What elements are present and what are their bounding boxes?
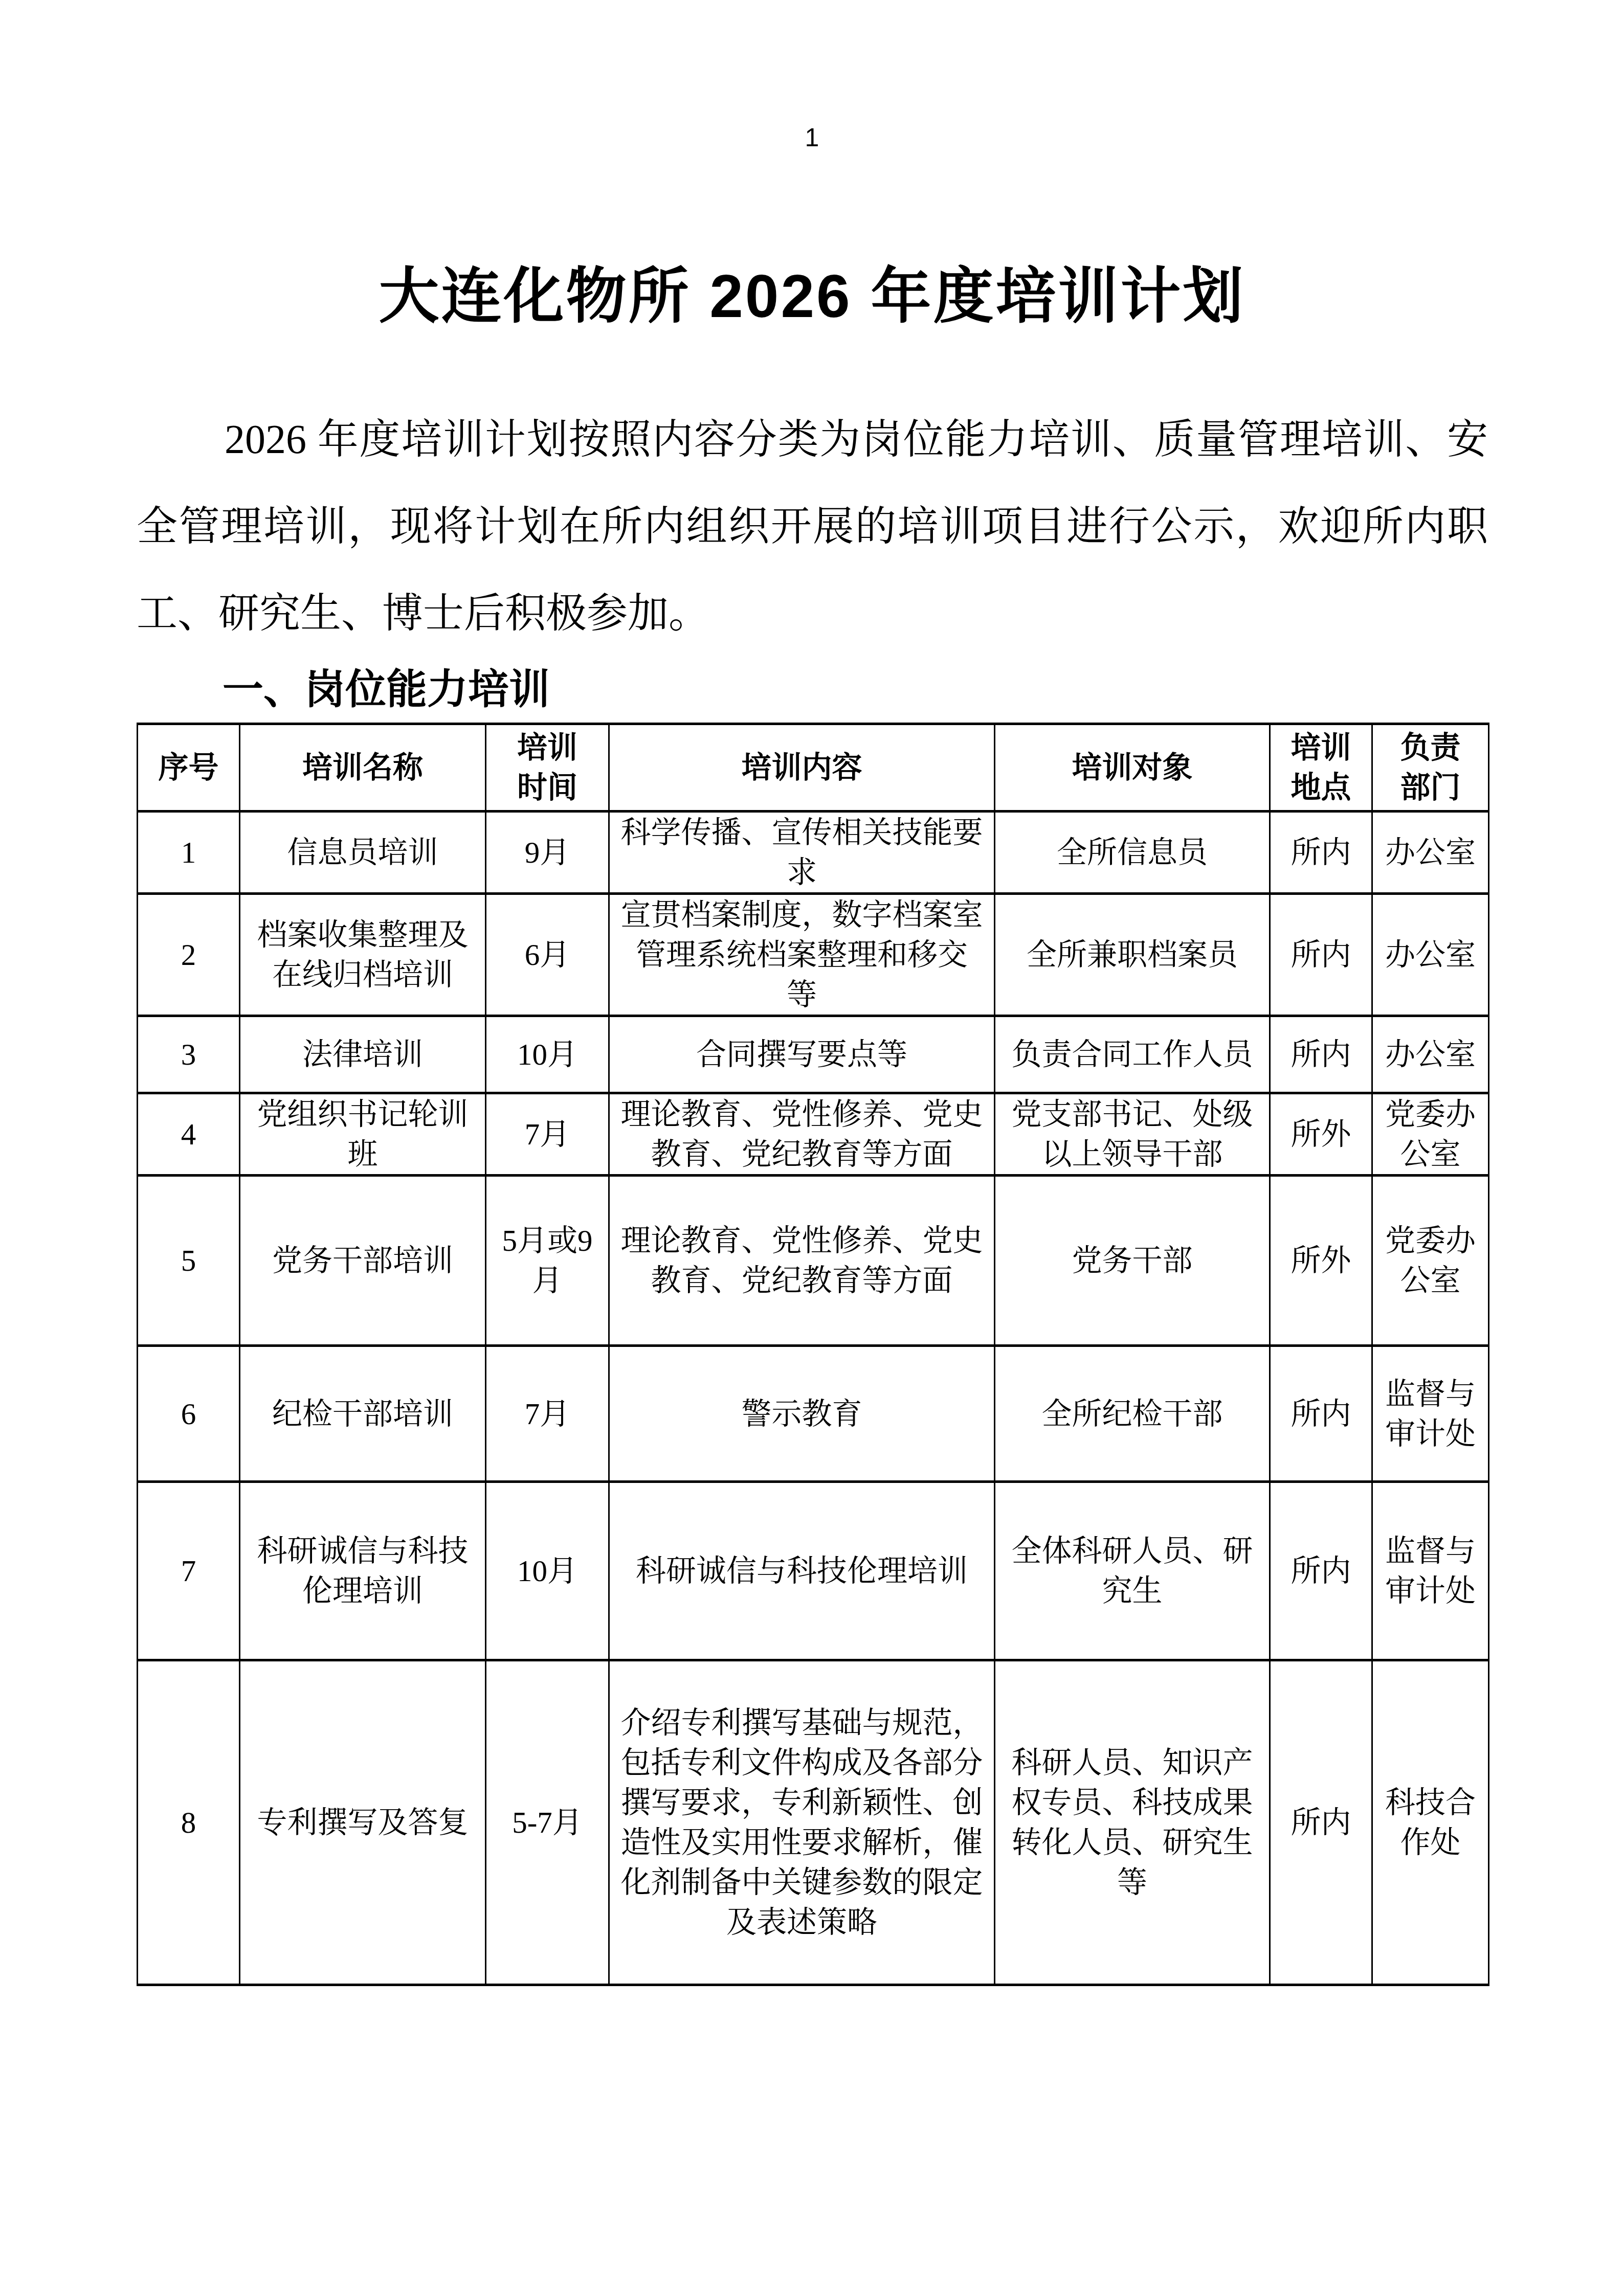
cell-no: 1 bbox=[138, 812, 240, 894]
cell-content: 宣贯档案制度，数字档案室 管理系统档案整理和移交 等 bbox=[609, 894, 995, 1016]
cell-target: 党务干部 bbox=[995, 1176, 1270, 1346]
cell-content: 合同撰写要点等 bbox=[609, 1016, 995, 1093]
intro-line-1: 2026 年度培训计划按照内容分类为岗位能力培训、质量管理培训、安 bbox=[137, 396, 1488, 483]
training-plan-table: 序号 培训名称 培训 时间 培训内容 培训对象 培训 地点 负责 部门 1 信息… bbox=[137, 723, 1489, 1986]
cell-time: 6月 bbox=[486, 894, 609, 1016]
cell-location: 所内 bbox=[1270, 1016, 1372, 1093]
cell-time: 7月 bbox=[486, 1093, 609, 1176]
cell-dept: 监督与 审计处 bbox=[1372, 1482, 1489, 1660]
cell-name: 档案收集整理及 在线归档培训 bbox=[240, 894, 486, 1016]
cell-time: 10月 bbox=[486, 1482, 609, 1660]
cell-location: 所外 bbox=[1270, 1176, 1372, 1346]
cell-name: 科研诚信与科技 伦理培训 bbox=[240, 1482, 486, 1660]
cell-target: 党支部书记、处级 以上领导干部 bbox=[995, 1093, 1270, 1176]
header-name: 培训名称 bbox=[240, 724, 486, 812]
cell-target: 负责合同工作人员 bbox=[995, 1016, 1270, 1093]
cell-no: 5 bbox=[138, 1176, 240, 1346]
table-row: 6 纪检干部培训 7月 警示教育 全所纪检干部 所内 监督与 审计处 bbox=[138, 1346, 1489, 1482]
cell-no: 3 bbox=[138, 1016, 240, 1093]
header-no: 序号 bbox=[138, 724, 240, 812]
intro-line-2: 全管理培训，现将计划在所内组织开展的培训项目进行公示，欢迎所内职 bbox=[137, 483, 1488, 570]
table-row: 5 党务干部培训 5月或9 月 理论教育、党性修养、党史 教育、党纪教育等方面 … bbox=[138, 1176, 1489, 1346]
header-location: 培训 地点 bbox=[1270, 724, 1372, 812]
header-time: 培训 时间 bbox=[486, 724, 609, 812]
cell-no: 8 bbox=[138, 1660, 240, 1985]
cell-name: 纪检干部培训 bbox=[240, 1346, 486, 1482]
cell-name: 专利撰写及答复 bbox=[240, 1660, 486, 1985]
cell-dept: 党委办 公室 bbox=[1372, 1093, 1489, 1176]
header-dept: 负责 部门 bbox=[1372, 724, 1489, 812]
cell-content: 介绍专利撰写基础与规范， 包括专利文件构成及各部分 撰写要求，专利新颖性、创 造… bbox=[609, 1660, 995, 1985]
intro-paragraph: 2026 年度培训计划按照内容分类为岗位能力培训、质量管理培训、安 全管理培训，… bbox=[137, 396, 1488, 657]
cell-target: 全所兼职档案员 bbox=[995, 894, 1270, 1016]
cell-time: 9月 bbox=[486, 812, 609, 894]
table-row: 1 信息员培训 9月 科学传播、宣传相关技能要 求 全所信息员 所内 办公室 bbox=[138, 812, 1489, 894]
table-row: 4 党组织书记轮训 班 7月 理论教育、党性修养、党史 教育、党纪教育等方面 党… bbox=[138, 1093, 1489, 1176]
cell-name: 法律培训 bbox=[240, 1016, 486, 1093]
cell-location: 所外 bbox=[1270, 1093, 1372, 1176]
cell-dept: 办公室 bbox=[1372, 894, 1489, 1016]
table-row: 7 科研诚信与科技 伦理培训 10月 科研诚信与科技伦理培训 全体科研人员、研 … bbox=[138, 1482, 1489, 1660]
cell-no: 6 bbox=[138, 1346, 240, 1482]
document-page: { "page": { "number": "1" }, "title": "大… bbox=[0, 0, 1624, 2296]
document-title: 大连化物所 2026 年度培训计划 bbox=[0, 258, 1624, 335]
cell-dept: 监督与 审计处 bbox=[1372, 1346, 1489, 1482]
page-number: 1 bbox=[0, 122, 1624, 153]
cell-content: 理论教育、党性修养、党史 教育、党纪教育等方面 bbox=[609, 1176, 995, 1346]
cell-location: 所内 bbox=[1270, 1482, 1372, 1660]
cell-time: 5月或9 月 bbox=[486, 1176, 609, 1346]
table-header-row: 序号 培训名称 培训 时间 培训内容 培训对象 培训 地点 负责 部门 bbox=[138, 724, 1489, 812]
cell-name: 信息员培训 bbox=[240, 812, 486, 894]
cell-dept: 科技合 作处 bbox=[1372, 1660, 1489, 1985]
cell-location: 所内 bbox=[1270, 812, 1372, 894]
intro-line-3: 工、研究生、博士后积极参加。 bbox=[137, 570, 1488, 657]
cell-name: 党务干部培训 bbox=[240, 1176, 486, 1346]
cell-location: 所内 bbox=[1270, 1660, 1372, 1985]
table-row: 3 法律培训 10月 合同撰写要点等 负责合同工作人员 所内 办公室 bbox=[138, 1016, 1489, 1093]
cell-no: 7 bbox=[138, 1482, 240, 1660]
cell-content: 理论教育、党性修养、党史 教育、党纪教育等方面 bbox=[609, 1093, 995, 1176]
header-content: 培训内容 bbox=[609, 724, 995, 812]
cell-location: 所内 bbox=[1270, 894, 1372, 1016]
cell-content: 科学传播、宣传相关技能要 求 bbox=[609, 812, 995, 894]
cell-dept: 办公室 bbox=[1372, 1016, 1489, 1093]
cell-time: 7月 bbox=[486, 1346, 609, 1482]
cell-name: 党组织书记轮训 班 bbox=[240, 1093, 486, 1176]
cell-content: 科研诚信与科技伦理培训 bbox=[609, 1482, 995, 1660]
section-heading: 一、岗位能力培训 bbox=[137, 657, 1488, 723]
cell-target: 全所纪检干部 bbox=[995, 1346, 1270, 1482]
table-row: 2 档案收集整理及 在线归档培训 6月 宣贯档案制度，数字档案室 管理系统档案整… bbox=[138, 894, 1489, 1016]
cell-time: 10月 bbox=[486, 1016, 609, 1093]
table-row: 8 专利撰写及答复 5-7月 介绍专利撰写基础与规范， 包括专利文件构成及各部分… bbox=[138, 1660, 1489, 1985]
cell-no: 2 bbox=[138, 894, 240, 1016]
cell-time: 5-7月 bbox=[486, 1660, 609, 1985]
header-target: 培训对象 bbox=[995, 724, 1270, 812]
cell-no: 4 bbox=[138, 1093, 240, 1176]
cell-target: 科研人员、知识产 权专员、科技成果 转化人员、研究生 等 bbox=[995, 1660, 1270, 1985]
cell-location: 所内 bbox=[1270, 1346, 1372, 1482]
cell-dept: 党委办 公室 bbox=[1372, 1176, 1489, 1346]
cell-dept: 办公室 bbox=[1372, 812, 1489, 894]
cell-target: 全所信息员 bbox=[995, 812, 1270, 894]
cell-content: 警示教育 bbox=[609, 1346, 995, 1482]
cell-target: 全体科研人员、研 究生 bbox=[995, 1482, 1270, 1660]
